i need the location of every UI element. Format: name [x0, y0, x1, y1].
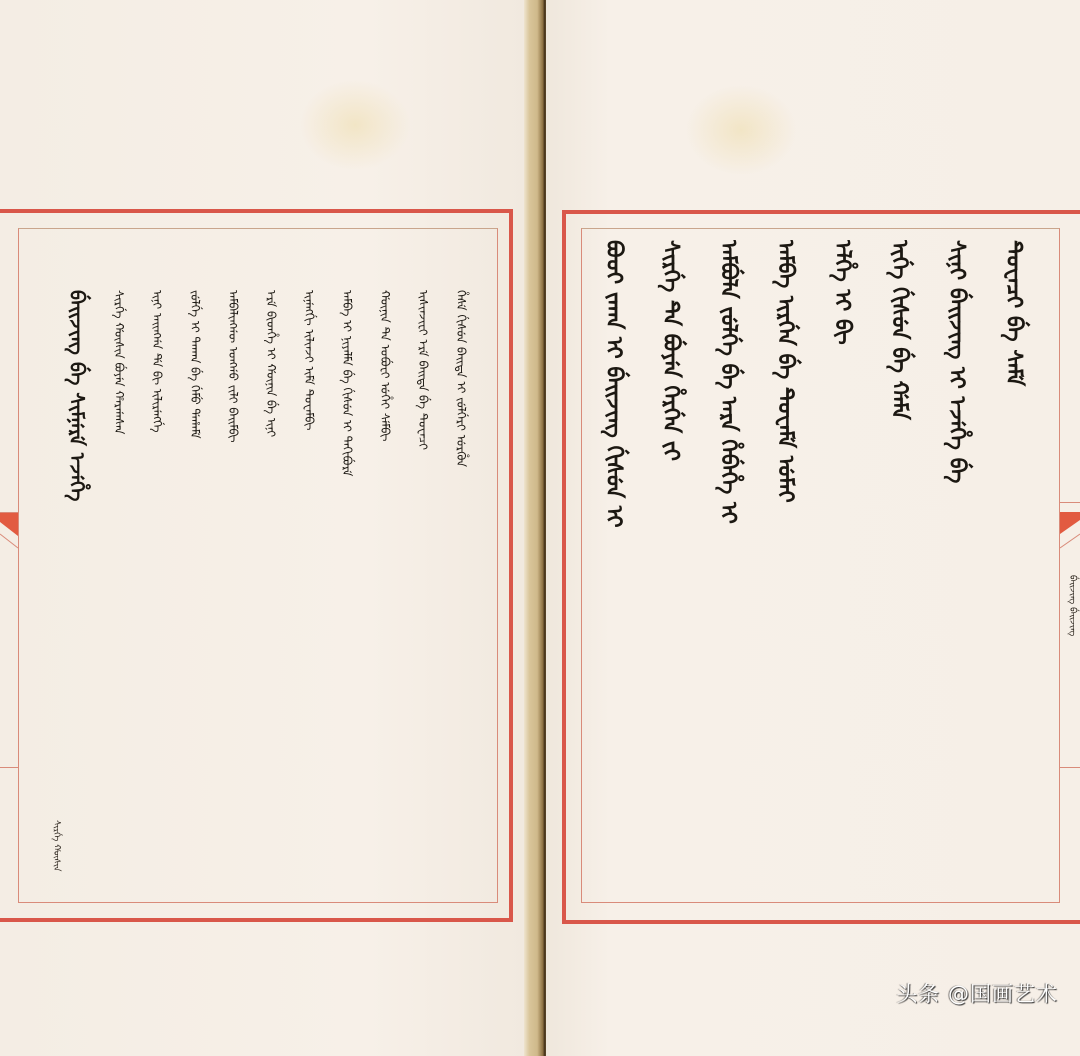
text-column: ᡳᠰᡳᠨᠵᡳᡶᡳ ᡝᡵᡝ ᠪᠠᡳᡨᠠ ᠪᡝ ᡨᡠᠸᠠᠴᡳ	[412, 290, 434, 890]
text-column: ᠠᠮᠪᠠᠯᡳᠩᡤᡡ ᠣᠩᡤᠣ ᠵᡳᠯᡳ ᠪᠠᡳᠮᠪᡳ	[222, 290, 244, 890]
margin-note: ᠪᡝᡳᠵᡳᠩ ᠪᡝᡳᠵᡳᠩ	[1064, 575, 1080, 636]
text-column: ᠠᠮᠪᠠ ᡳ ᠨᡳᠶᠠᠯᠮᠠ ᠪᡝ ᡤᡳᠰᡠᠨ ᡳ ᡨᠠᡴᡳᠪᡠᡵᡝ	[336, 290, 358, 890]
text-column: ᠵᡠᠯᡤᡝ ᡳ ᡨᠠᡴᠠᠨ ᠪᡝ ᡤᡝᠮᡠ ᡩᠠᡥᠠᠮᡝ	[184, 290, 206, 890]
left-text-columns: ᡥᡝᠰᡝ ᡤᡳᠰᡠᠨ ᠪᠠᡳᡨᠠ ᡳ ᠵᡠᠯᡤᡝᡵᡳ ᡠᡵᡥᡠᠨ ᡳᠰᡳᠨᠵᡳᡶ…	[62, 290, 472, 890]
text-column: ᡝᡵᡝ ᠪᡳᡨᡥᡝ ᡳ ᡤᡡᠨᡳᠨ ᠪᡝ ᡳᠨᡳ	[260, 290, 282, 890]
paper-stain	[300, 80, 410, 170]
watermark: 头条 @国画艺术	[896, 978, 1058, 1008]
text-column: ᠰᡳᡵᡤᡝ ᡨᡝ ᠪᡠᠶᡝᠨ ᡥᡝᡵᡤᡝᠨ ᠵᡳ	[651, 240, 691, 900]
margin-rule	[0, 512, 18, 513]
right-page: ᡨᡠᠸᠠᠴᡳ ᠪᡝ ᠰᠠᠮᡝ ᠰᡳᠨᡳ ᠪᡝᡳᠵᡳᠩ ᡳ ᡝᠵᡝᡥᡝ ᠪᡝ ᡳᡤ…	[546, 0, 1080, 1056]
text-column: ᡳᠨᡝᠩᡤᡳ ᡳᠯᡳᠨᠵᡳ ᡳᠮᡝ ᡨᡠᠸᠠᠮᠪᡳ	[298, 290, 320, 890]
text-column: ᡥᡝᠰᡝ ᡤᡳᠰᡠᠨ ᠪᠠᡳᡨᠠ ᡳ ᠵᡠᠯᡤᡝᡵᡳ ᡠᡵᡥᡠᠨ	[450, 290, 472, 890]
text-column: ᠠᠮᠪᡠᠯᠠ ᠵᡠᠯᡤᡝ ᠪᡝ ᠠᡵᠠ ᡥᡝᠪᡝᡥᡝ ᡳ	[708, 240, 748, 900]
right-text-columns: ᡨᡠᠸᠠᠴᡳ ᠪᡝ ᠰᠠᠮᡝ ᠰᡳᠨᡳ ᠪᡝᡳᠵᡳᠩ ᡳ ᡝᠵᡝᡥᡝ ᠪᡝ ᡳᡤ…	[594, 240, 1034, 900]
text-column: ᠰᡳᡵᡤᡝ ᡤᡡᠰᡳᠨ ᠪᡠᠶᡝᠨ ᡥᠠᡵᡤᠠᠰᠠᠨ	[108, 290, 130, 890]
left-edge-margin-column	[0, 228, 19, 903]
open-manuscript: ᡥᡝᠰᡝ ᡤᡳᠰᡠᠨ ᠪᠠᡳᡨᠠ ᡳ ᠵᡠᠯᡤᡝᡵᡳ ᡠᡵᡥᡠᠨ ᡳᠰᡳᠨᠵᡳᡶ…	[0, 0, 1080, 1056]
title-column: ᠪᡝᡳᠵᡳᠩ ᠪᡝ ᠰᡳᠮᠨᡝᡵᡝ ᡝᠵᡝᡥᡝ	[62, 290, 92, 890]
text-column: ᡳᡤᡝ ᡤᡳᠰᡠᠨ ᠪᡝ ᡤᠠᠮᠠ	[880, 240, 920, 900]
margin-rule	[1060, 502, 1080, 503]
text-column: ᠰᡳᠨᡳ ᠪᡝᡳᠵᡳᠩ ᡳ ᡝᠵᡝᡥᡝ ᠪᡝ	[937, 240, 977, 900]
text-column: ᡤᡡᠨᡳᠨ ᡨᡝ ᠣᠪᡠᡶᡳ ᡠᡥᡝᡳ ᠰᡝᠮᠪᡳ	[374, 290, 396, 890]
text-column: ᡳᠨᡳ ᠠᡳᠩᡤᠠ ᡩᡝ ᠪᡳ ᡳᠯᡳᡵᡝᠩᡤᡝ	[146, 290, 168, 890]
paper-stain	[686, 85, 796, 175]
book-gutter	[524, 0, 546, 1056]
text-column: ᠠᠮᠪᠠ ᡳᡵᡤᡝᠨ ᠪᡝ ᡨᡠᠸᠠᠮᡝ ᡠᠮᠠᡳ	[765, 240, 805, 900]
right-edge-margin-column	[1060, 228, 1080, 903]
margin-rule	[1060, 767, 1080, 768]
fishtail-marker-icon	[0, 512, 18, 562]
margin-rule	[0, 767, 18, 768]
text-column: ᡝᠯᡥᡝ ᡳ ᠪᡳ	[823, 240, 863, 900]
text-column: ᡨᡠᠸᠠᠴᡳ ᠪᡝ ᠰᠠᠮᡝ	[994, 240, 1034, 900]
fishtail-marker-icon	[1060, 512, 1080, 562]
small-note: ᠰᡳᡵᡤᡝ ᡤᡡᠰᡳᠨ	[48, 820, 64, 871]
text-column: ᠪᠣᠣᡳ ᠵᠠᡴᠠ ᡳ ᠪᡝᡳᠵᡳᠩ ᡤᡳᠰᡠᠨ ᡳ	[594, 240, 634, 900]
left-page: ᡥᡝᠰᡝ ᡤᡳᠰᡠᠨ ᠪᠠᡳᡨᠠ ᡳ ᠵᡠᠯᡤᡝᡵᡳ ᡠᡵᡥᡠᠨ ᡳᠰᡳᠨᠵᡳᡶ…	[0, 0, 524, 1056]
